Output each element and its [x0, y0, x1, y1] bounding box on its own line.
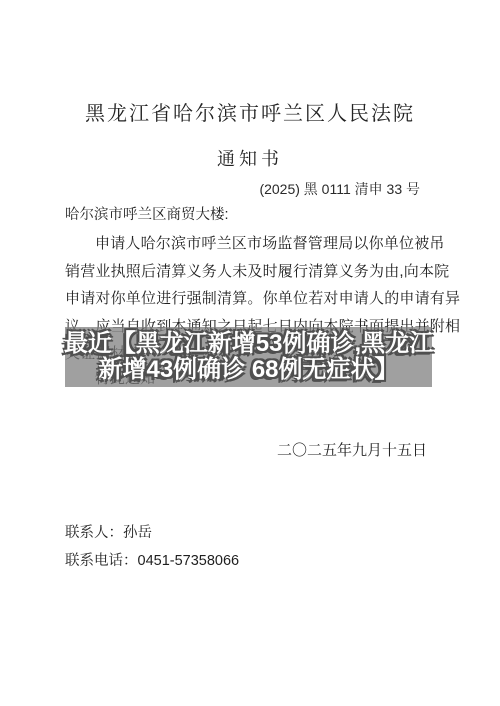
caption-line-1: 最近【黑龙江新增53例确诊,黑龙江 — [64, 331, 433, 357]
case-number: (2025) 黑 0111 清申 33 号 — [65, 178, 420, 200]
body-line: 销营业执照后清算义务人未及时履行清算义务为由,向本院 — [65, 258, 437, 286]
date-line: 二〇二五年九月十五日 — [65, 439, 427, 463]
document-page: 黑龙江省哈尔滨市呼兰区人民法院 通知书 (2025) 黑 0111 清申 33 … — [0, 0, 500, 706]
recipient-line: 哈尔滨市呼兰区商贸大楼: — [65, 203, 435, 227]
contact-person-line: 联系人：孙岳 — [65, 519, 435, 547]
body-line: 申请对你单位进行强制清算。你单位若对申请人的申请有异 — [65, 285, 437, 313]
body-line: 申请人哈尔滨市呼兰区市场监督管理局以你单位被吊 — [65, 230, 437, 258]
contact-block: 联系人：孙岳 联系电话：0451-57358066 — [65, 519, 435, 575]
caption-overlay-band: 最近【黑龙江新增53例确诊,黑龙江 新增43例确诊 68例无症状】 — [65, 327, 432, 387]
court-name-heading: 黑龙江省哈尔滨市呼兰区人民法院 — [0, 100, 500, 128]
notice-title: 通知书 — [0, 146, 500, 172]
caption-line-2: 新增43例确诊 68例无症状】 — [98, 357, 398, 383]
contact-phone-line: 联系电话：0451-57358066 — [65, 547, 435, 575]
